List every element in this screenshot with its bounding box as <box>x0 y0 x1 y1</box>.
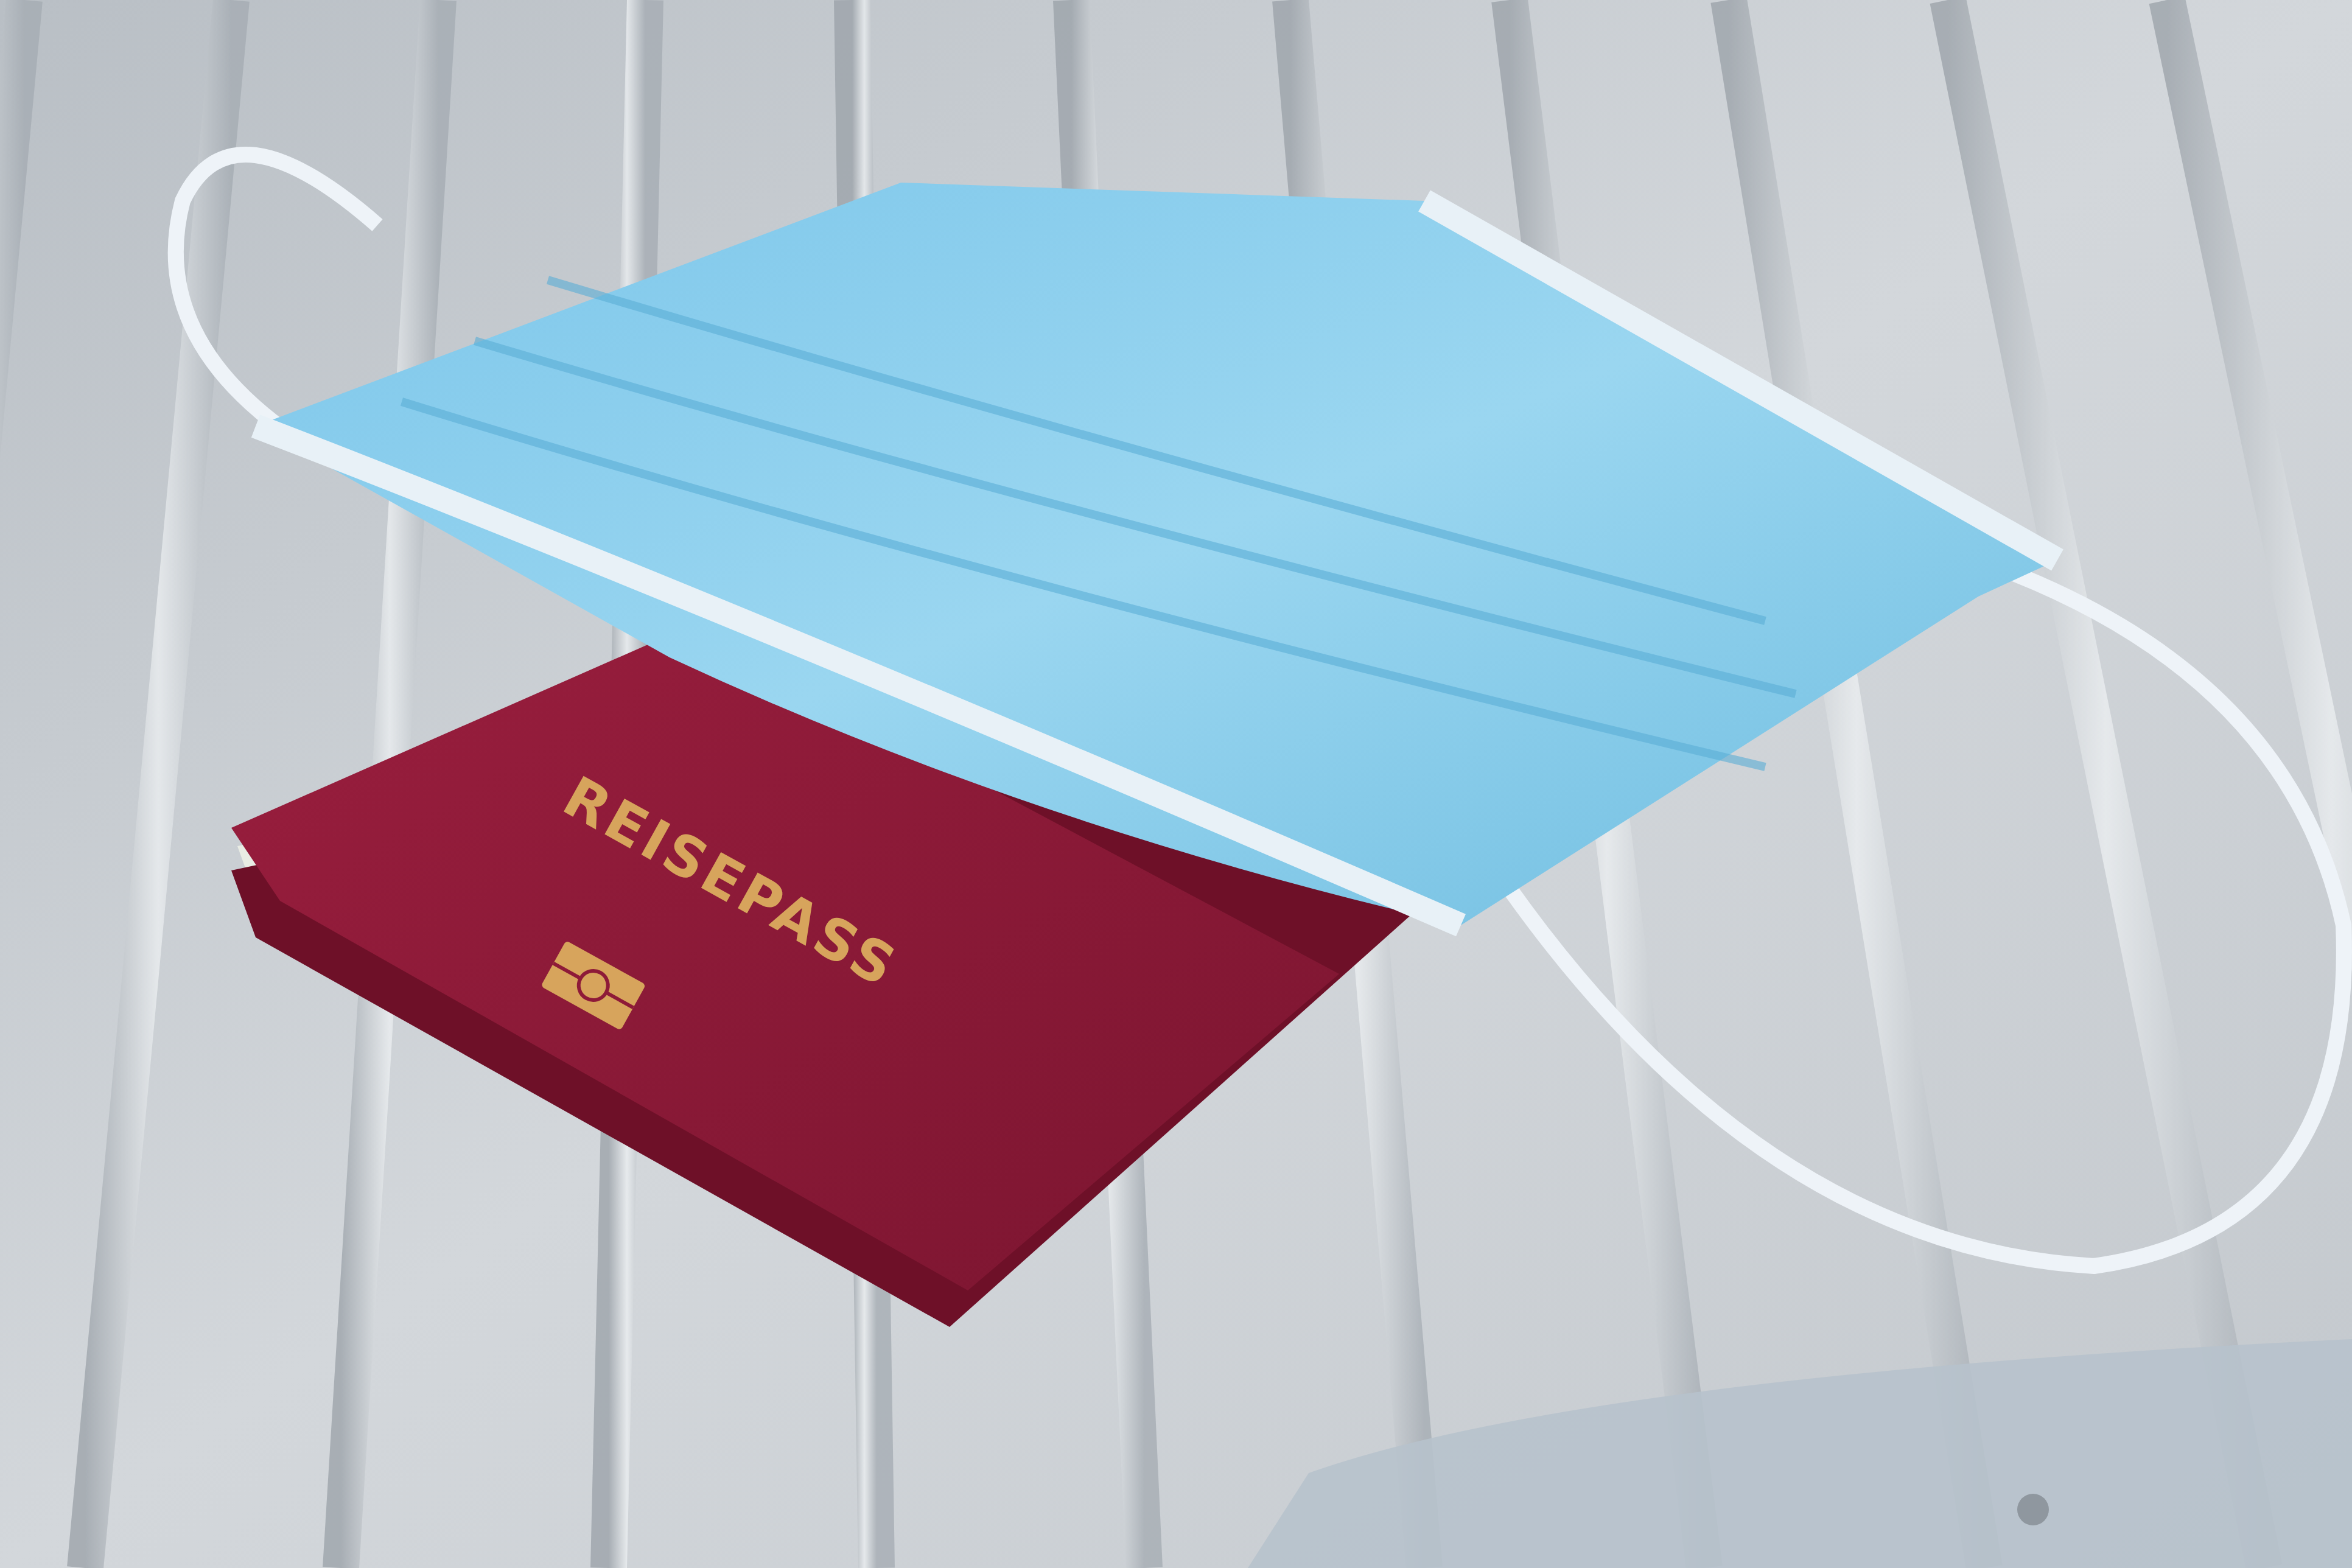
photo-scene: REISEPASS <box>0 0 2352 1568</box>
face-mask <box>0 0 2352 1568</box>
